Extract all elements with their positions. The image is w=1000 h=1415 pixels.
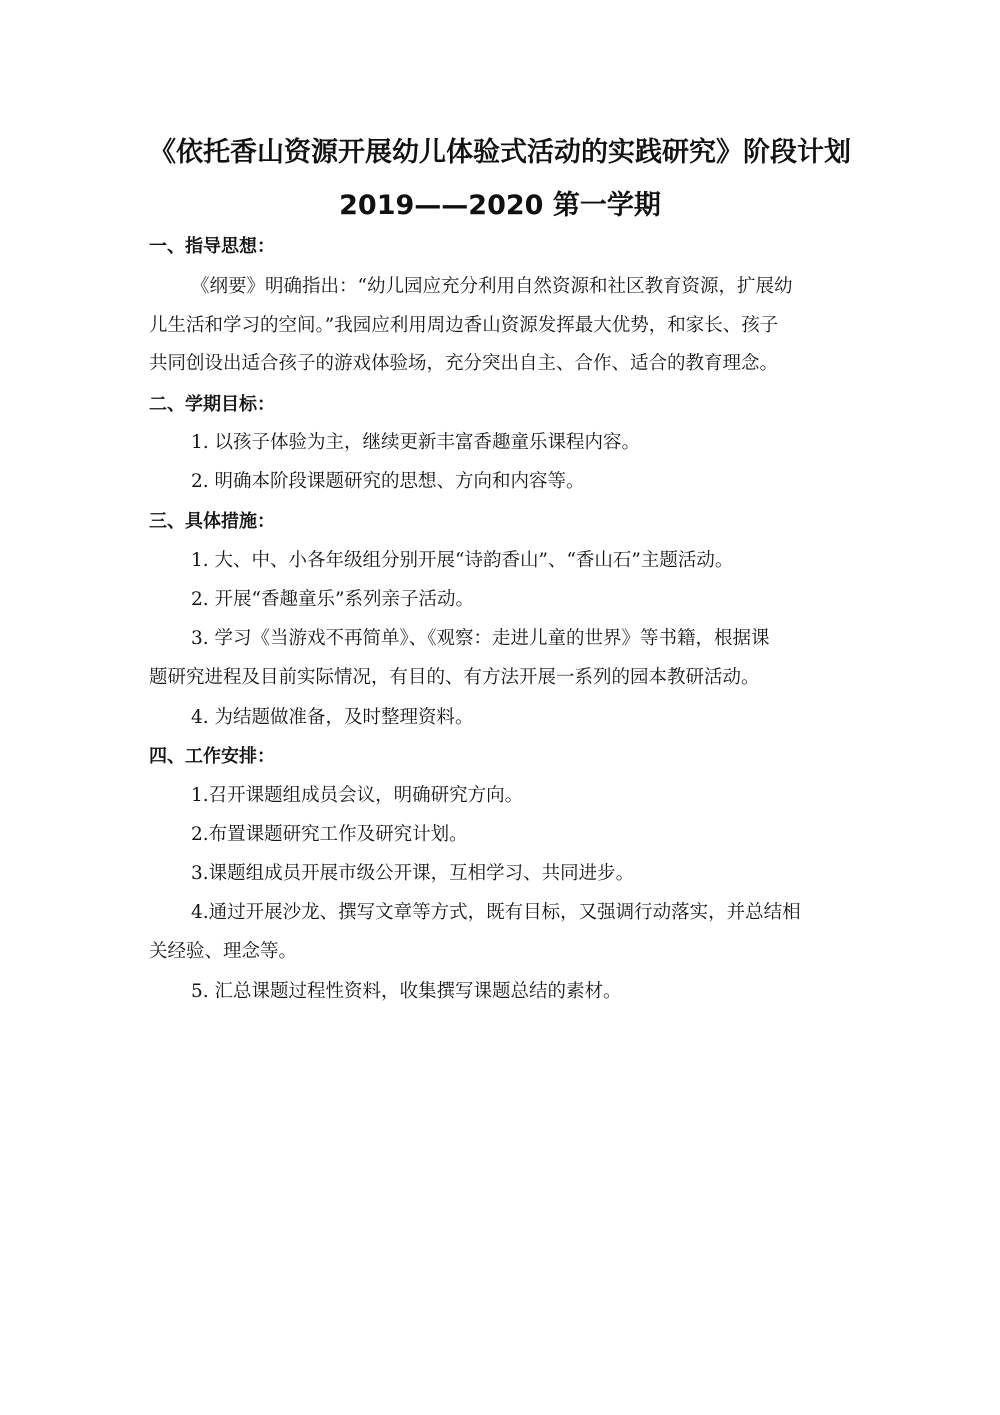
document-page: 《依托香山资源开展幼儿体验式活动的实践研究》阶段计划 2019——2020 第一… bbox=[0, 0, 1000, 1415]
list-item-text: 开展“香趣童乐”系列亲子活动。 bbox=[215, 589, 474, 610]
paragraph-line: 《纲要》明确指出：“幼儿园应充分利用自然资源和社区教育资源，扩展幼 bbox=[191, 275, 896, 299]
list-item-number: 4. bbox=[191, 706, 209, 730]
document-subtitle-term: 2019——2020 第一学期 bbox=[0, 183, 1000, 222]
section-heading-work-arrangement: 四、工作安排： bbox=[149, 745, 854, 769]
list-item-text: 明确本阶段课题研究的思想、方向和内容等。 bbox=[215, 471, 585, 492]
list-item-number: 2. bbox=[191, 470, 209, 494]
list-item-text: 为结题做准备，及时整理资料。 bbox=[215, 707, 474, 728]
document-title: 《依托香山资源开展幼儿体验式活动的实践研究》阶段计划 bbox=[0, 130, 1000, 169]
section-heading-semester-goals: 二、学期目标： bbox=[149, 393, 854, 417]
list-item-number: 1. bbox=[191, 549, 209, 573]
list-item: 2.布置课题研究工作及研究计划。 bbox=[191, 823, 896, 847]
list-item: 3. 学习《当游戏不再简单》、《观察：走进儿童的世界》等书籍，根据课 bbox=[191, 627, 896, 651]
list-item-text: 课题组成员开展市级公开课，互相学习、共同进步。 bbox=[209, 863, 635, 884]
section-heading-specific-measures: 三、具体措施： bbox=[149, 510, 854, 534]
list-item-text: 以孩子体验为主，继续更新丰富香趣童乐课程内容。 bbox=[215, 432, 641, 453]
list-item-number: 3. bbox=[191, 627, 209, 651]
list-item: 1. 以孩子体验为主，继续更新丰富香趣童乐课程内容。 bbox=[191, 431, 896, 455]
list-item-text: 汇总课题过程性资料，收集撰写课题总结的素材。 bbox=[215, 981, 622, 1002]
list-item: 5. 汇总课题过程性资料，收集撰写课题总结的素材。 bbox=[191, 980, 896, 1004]
paragraph-line: 共同创设出适合孩子的游戏体验场，充分突出自主、合作、适合的教育理念。 bbox=[149, 352, 854, 376]
list-item-text: 通过开展沙龙、撰写文章等方式，既有目标，又强调行动落实，并总结相 bbox=[209, 902, 801, 923]
list-item-text: 学习《当游戏不再简单》、《观察：走进儿童的世界》等书籍，根据课 bbox=[215, 628, 770, 649]
list-item-number: 2. bbox=[191, 823, 209, 847]
list-item: 2. 明确本阶段课题研究的思想、方向和内容等。 bbox=[191, 470, 896, 494]
list-item: 1.召开课题组成员会议，明确研究方向。 bbox=[191, 784, 896, 808]
list-item-number: 1. bbox=[191, 784, 209, 808]
paragraph-line: 儿生活和学习的空间。”我园应利用周边香山资源发挥最大优势，和家长、孩子 bbox=[149, 314, 854, 338]
list-item-text: 布置课题研究工作及研究计划。 bbox=[209, 824, 468, 845]
list-item-text: 召开课题组成员会议，明确研究方向。 bbox=[209, 785, 524, 806]
list-item: 4.通过开展沙龙、撰写文章等方式，既有目标，又强调行动落实，并总结相 bbox=[191, 901, 896, 925]
list-item-number: 2. bbox=[191, 588, 209, 612]
list-item-number: 4. bbox=[191, 901, 209, 925]
list-item-number: 5. bbox=[191, 980, 209, 1004]
list-item-number: 1. bbox=[191, 431, 209, 455]
list-item: 2. 开展“香趣童乐”系列亲子活动。 bbox=[191, 588, 896, 612]
list-item-continuation: 关经验、理念等。 bbox=[149, 940, 854, 964]
list-item-continuation: 题研究进程及目前实际情况，有目的、有方法开展一系列的园本教研活动。 bbox=[149, 666, 854, 690]
list-item: 4. 为结题做准备，及时整理资料。 bbox=[191, 706, 896, 730]
list-item: 1. 大、中、小各年级组分别开展“诗韵香山”、“香山石”主题活动。 bbox=[191, 549, 896, 573]
section-heading-guiding-ideology: 一、指导思想： bbox=[149, 235, 854, 259]
list-item-number: 3. bbox=[191, 862, 209, 886]
list-item: 3.课题组成员开展市级公开课，互相学习、共同进步。 bbox=[191, 862, 896, 886]
list-item-text: 大、中、小各年级组分别开展“诗韵香山”、“香山石”主题活动。 bbox=[215, 550, 734, 571]
